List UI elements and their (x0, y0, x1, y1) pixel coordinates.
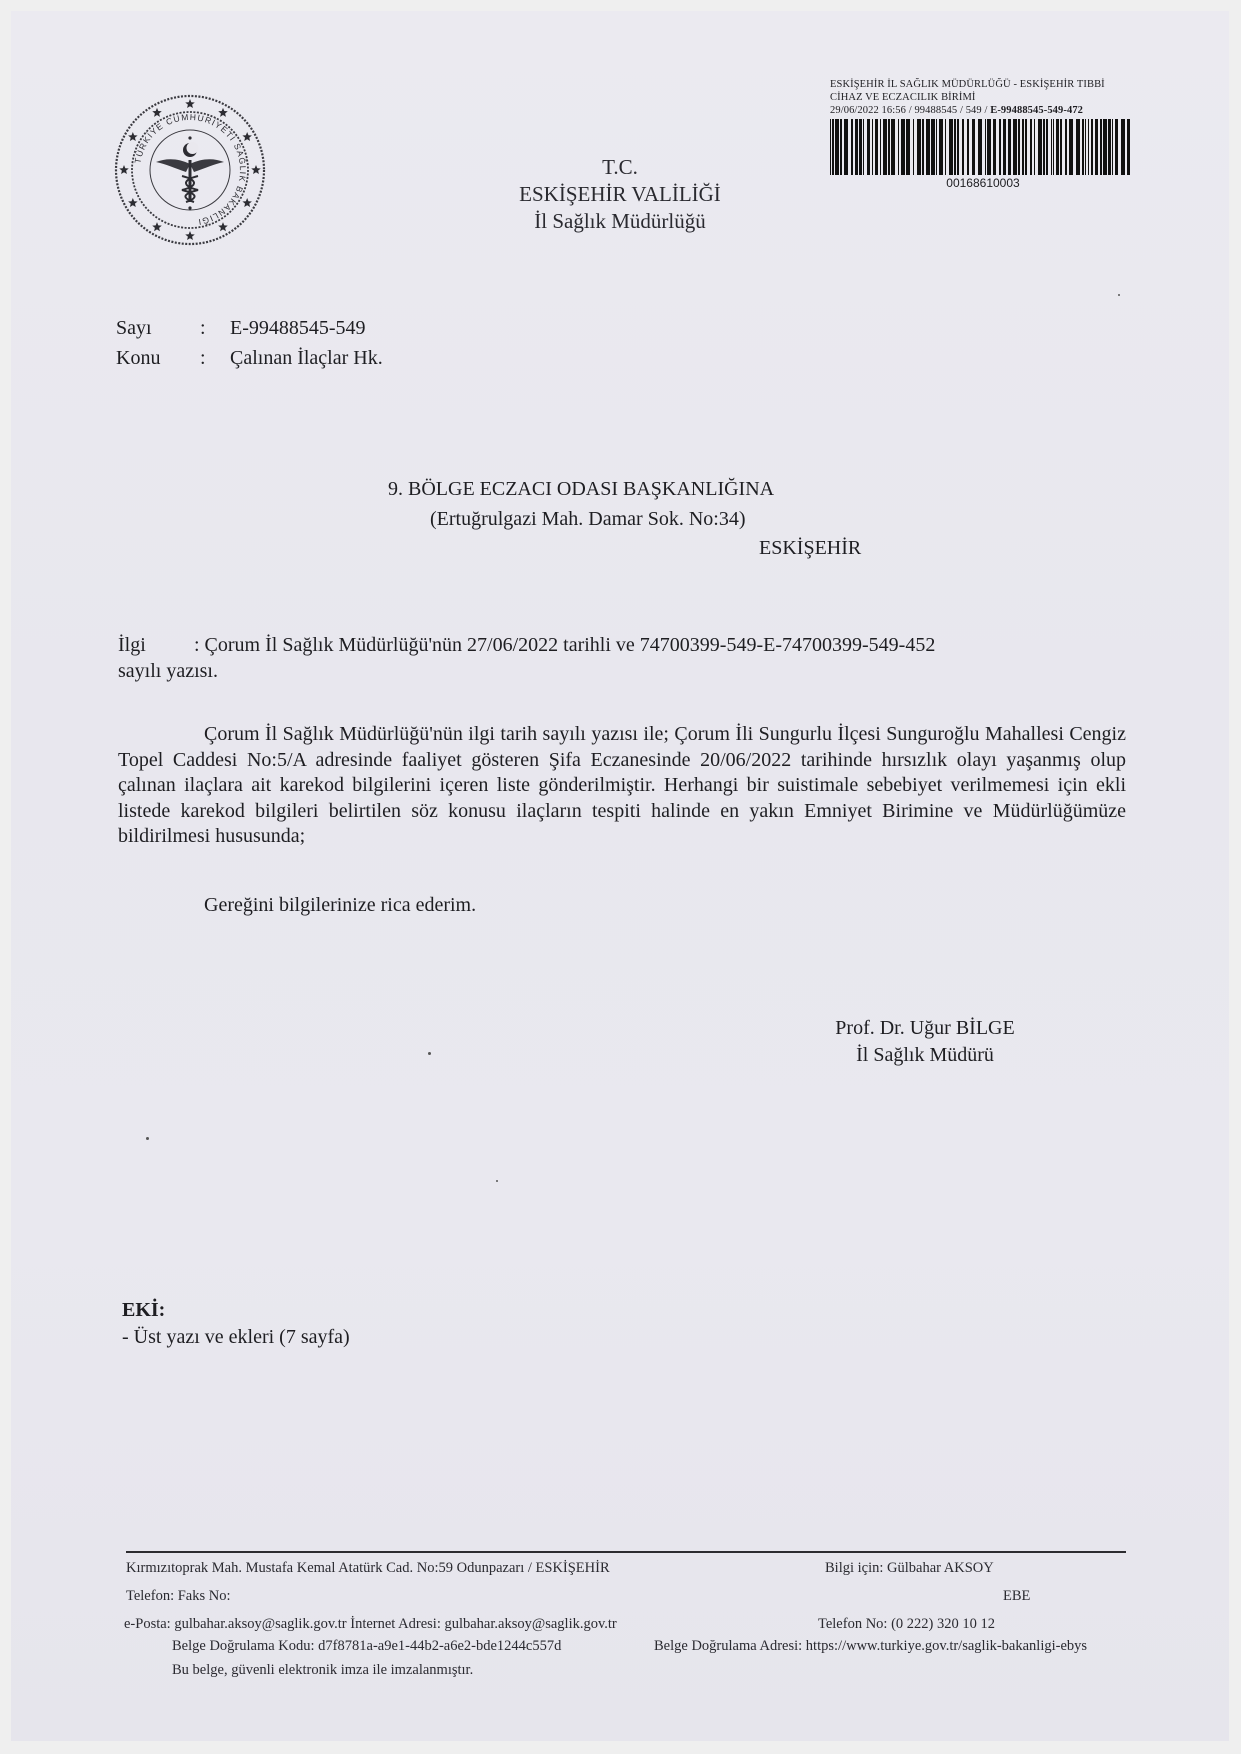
footer-email-web: e-Posta: gulbahar.aksoy@saglik.gov.tr İn… (124, 1615, 617, 1633)
registry-stamp: ESKİŞEHİR İL SAĞLIK MÜDÜRLÜĞÜ - ESKİŞEHİ… (830, 78, 1160, 190)
reference-label: İlgi (118, 633, 194, 659)
header-governorship: ESKİŞEHİR VALİLİĞİ (470, 181, 770, 208)
signature-block: Prof. Dr. Uğur BİLGE İl Sağlık Müdürü (815, 1015, 1035, 1069)
reference-text-cont: sayılı yazısı. (118, 659, 1126, 685)
stamp-line-2: CİHAZ VE ECZACILIK BİRİMİ (830, 91, 1160, 104)
sayi-value: E-99488545-549 (230, 313, 366, 343)
document-page (11, 11, 1229, 1741)
sayi-row: Sayı : E-99488545-549 (116, 313, 383, 343)
ministry-seal: TÜRKİYE CUMHURİYETİ SAĞLIK BAKANLIĞI (112, 92, 268, 248)
body-paragraph-1: Çorum İl Sağlık Müdürlüğü'nün ilgi tarih… (118, 722, 1126, 850)
barcode-icon (830, 119, 1136, 175)
recipient-name: 9. BÖLGE ECZACI ODASI BAŞKANLIĞINA (388, 474, 774, 504)
sayi-label: Sayı (116, 313, 200, 343)
footer-verification-address: Belge Doğrulama Adresi: https://www.turk… (654, 1637, 1087, 1655)
attachments-title: EKİ: (122, 1297, 350, 1324)
konu-label: Konu (116, 343, 200, 373)
stamp-date-ref: 29/06/2022 16:56 / 99488545 / 549 / (830, 105, 990, 116)
reference-block: İlgi : Çorum İl Sağlık Müdürlüğü'nün 27/… (118, 633, 1126, 684)
footer-verification-code: Belge Doğrulama Kodu: d7f8781a-a9e1-44b2… (172, 1637, 561, 1655)
footer-address: Kırmızıtoprak Mah. Mustafa Kemal Atatürk… (126, 1559, 610, 1577)
footer-esign-note: Bu belge, güvenli elektronik imza ile im… (172, 1661, 473, 1679)
attachment-item: - Üst yazı ve ekleri (7 sayfa) (122, 1324, 350, 1351)
recipient-city: ESKİŞEHİR (759, 533, 861, 563)
konu-row: Konu : Çalınan İlaçlar Hk. (116, 343, 383, 373)
signatory-name: Prof. Dr. Uğur BİLGE (815, 1015, 1035, 1042)
scan-speck (146, 1137, 149, 1140)
konu-separator: : (200, 343, 230, 373)
attachments-block: EKİ: - Üst yazı ve ekleri (7 sayfa) (122, 1297, 350, 1351)
body-paragraph-2: Gereğini bilgilerinize rica ederim. (118, 893, 1126, 919)
scan-speck (428, 1052, 431, 1055)
recipient-address: (Ertuğrulgazi Mah. Damar Sok. No:34) (430, 504, 745, 534)
scan-speck (496, 1180, 498, 1182)
signatory-title: İl Sağlık Müdürü (815, 1042, 1035, 1069)
footer-contact-person: Bilgi için: Gülbahar AKSOY (825, 1559, 994, 1577)
reference-text: : Çorum İl Sağlık Müdürlüğü'nün 27/06/20… (194, 633, 935, 659)
scan-speck (1118, 294, 1120, 296)
ministry-of-health-seal-icon: TÜRKİYE CUMHURİYETİ SAĞLIK BAKANLIĞI (112, 92, 268, 248)
footer-phone-fax: Telefon: Faks No: (126, 1587, 231, 1605)
footer-contact-phone: Telefon No: (0 222) 320 10 12 (818, 1615, 995, 1633)
header-tc: T.C. (470, 154, 770, 181)
stamp-line-1: ESKİŞEHİR İL SAĞLIK MÜDÜRLÜĞÜ - ESKİŞEHİ… (830, 78, 1160, 91)
footer-contact-title: EBE (1003, 1587, 1030, 1605)
stamp-document-number: E-99488545-549-472 (990, 105, 1083, 116)
document-meta: Sayı : E-99488545-549 Konu : Çalınan İla… (116, 313, 383, 373)
header-directorate: İl Sağlık Müdürlüğü (470, 208, 770, 235)
konu-value: Çalınan İlaçlar Hk. (230, 343, 383, 373)
sayi-separator: : (200, 313, 230, 343)
issuer-header: T.C. ESKİŞEHİR VALİLİĞİ İl Sağlık Müdürl… (470, 154, 770, 235)
barcode-number: 00168610003 (830, 176, 1136, 190)
stamp-line-3: 29/06/2022 16:56 / 99488545 / 549 / E-99… (830, 104, 1160, 117)
footer-divider (126, 1551, 1126, 1553)
